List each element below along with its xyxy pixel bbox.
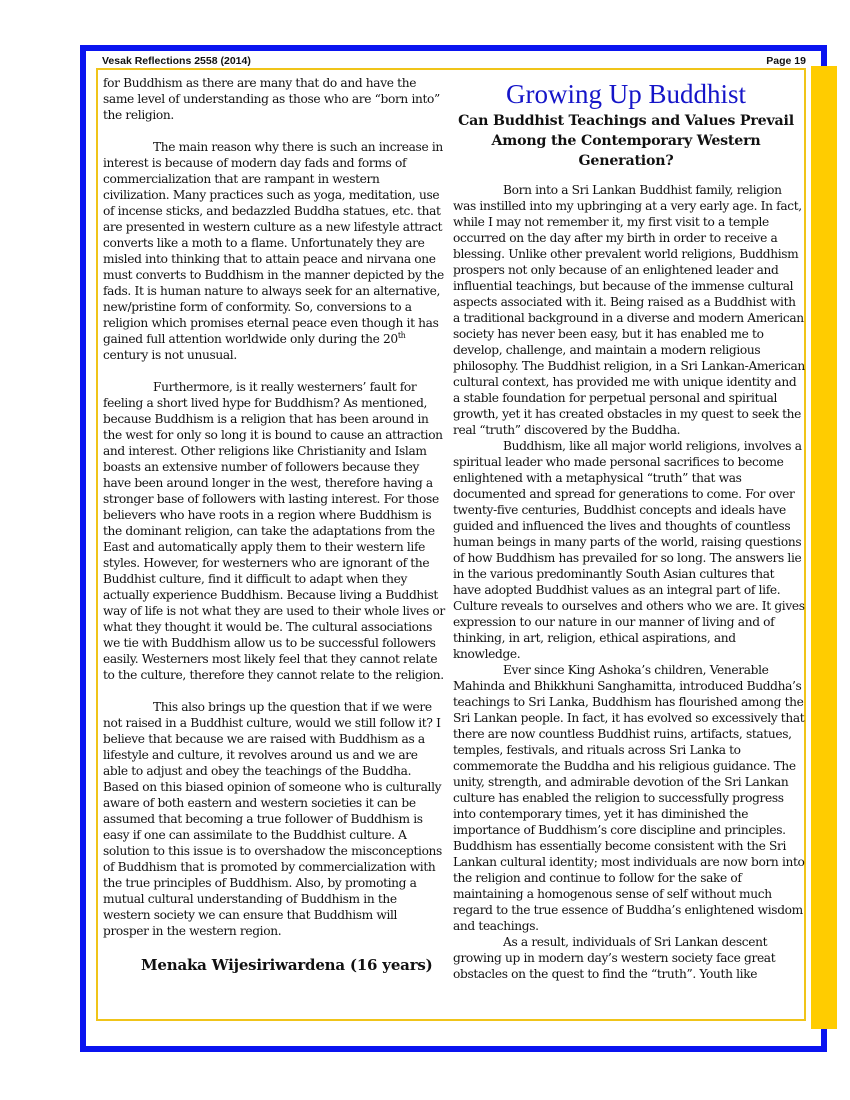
paragraph: for Buddhism as there are many that do a… [103,75,445,123]
publication-title: Vesak Reflections 2558 (2014) [102,55,251,67]
paragraph: This also brings up the question that if… [103,699,445,939]
article-subtitle: Can Buddhist Teachings and Values Prevai… [450,111,802,171]
article-heading: Growing Up Buddhist Can Buddhist Teachin… [450,79,802,171]
right-column: Born into a Sri Lankan Buddhist family, … [453,182,805,982]
author-byline: Menaka Wijesiriwardena (16 years) [103,957,445,973]
paragraph: The main reason why there is such an inc… [103,139,445,363]
paragraph: Born into a Sri Lankan Buddhist family, … [453,182,805,438]
page-header: Vesak Reflections 2558 (2014) Page 19 [102,55,806,69]
paragraph: As a result, individuals of Sri Lankan d… [453,934,805,982]
article-title: Growing Up Buddhist [450,79,802,109]
paragraph: Furthermore, is it really westerners’ fa… [103,379,445,683]
accent-bar [811,66,837,1029]
paragraph: Buddhism, like all major world religions… [453,438,805,662]
page-number: Page 19 [766,55,806,67]
left-column: for Buddhism as there are many that do a… [103,75,445,973]
paragraph: Ever since King Ashoka’s children, Vener… [453,662,805,934]
